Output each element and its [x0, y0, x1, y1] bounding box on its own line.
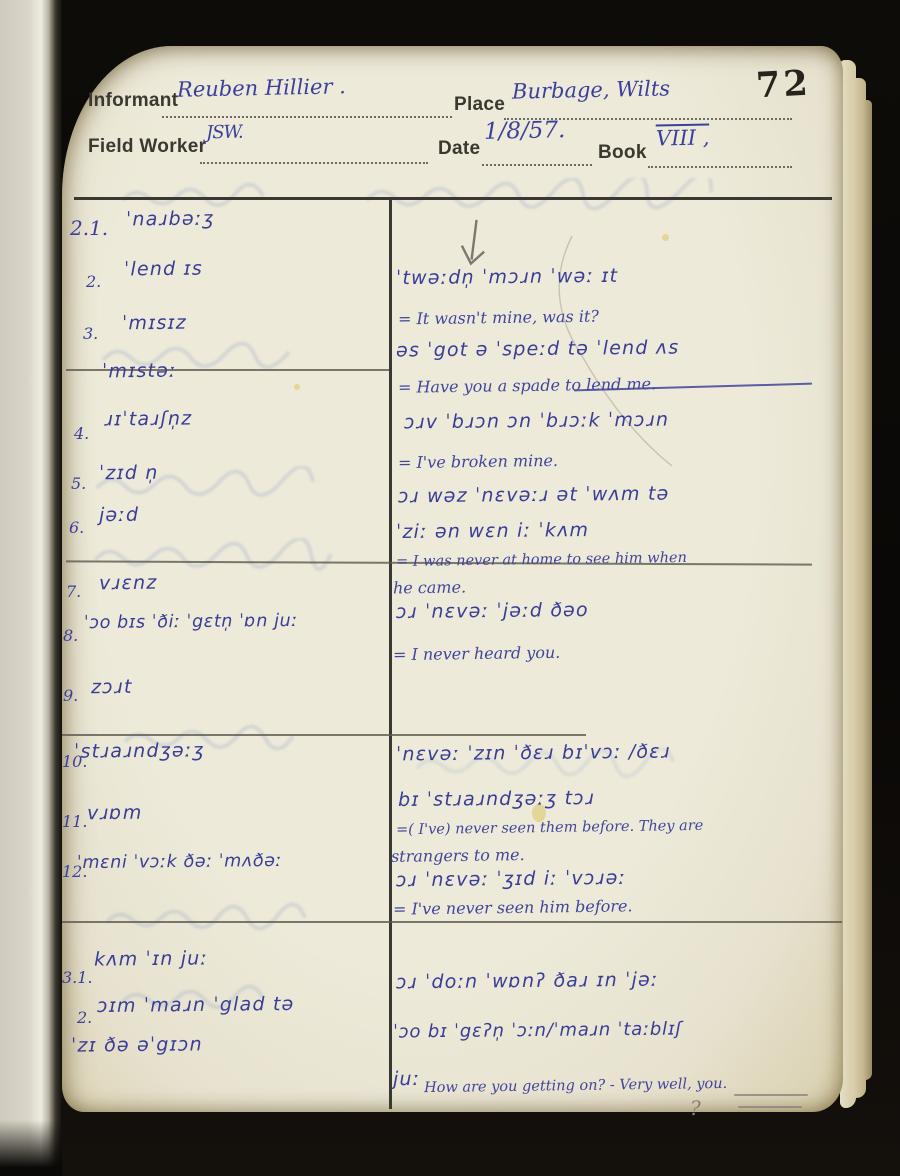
phonetic-text: ˈstɹaɹndʒəːʒ [74, 739, 205, 762]
notebook-page: Informant Reuben Hillier . Place Burbage… [62, 46, 843, 1112]
page-edge-stack [862, 100, 872, 1080]
item-number: 8. [63, 626, 78, 645]
book-value: VIII , [656, 125, 710, 150]
facing-page-fade [0, 1120, 62, 1176]
phonetic-text: kʌm ˈɪn juː [94, 947, 208, 970]
gloss-text: = I never heard you. [393, 643, 561, 664]
informant-rule-line [162, 116, 452, 118]
phonetic-text: ɹɪˈtaɹʃn̩z [104, 408, 193, 431]
phonetic-text: ɔɹv ˈbɹɔn ɔn ˈbɹɔːk ˈmɔɹn [404, 409, 669, 434]
date-rule-line [482, 164, 592, 166]
column-divider [389, 197, 392, 1109]
pencil-question-mark: ? [690, 1096, 701, 1120]
phonetic-text: bɪ ˈstɹaɹndʒəːʒ tɔɹ [398, 787, 595, 811]
phonetic-text: ˈnaɹbəːʒ [126, 208, 215, 231]
phonetic-text: əs ˈgot ə ˈspeːd tə ˈlend ʌs [396, 337, 680, 362]
item-number: 6. [69, 518, 84, 537]
phonetic-text: vɹɛnz [99, 572, 158, 595]
phonetic-text: zɔɹt [91, 676, 133, 698]
item-number: 4. [74, 424, 89, 443]
phonetic-text: juː [393, 1068, 421, 1090]
place-value: Burbage, Wilts [512, 76, 671, 103]
facing-page-edge [0, 0, 62, 1176]
book-label: Book [598, 142, 647, 164]
field-worker-rule-line [200, 162, 428, 164]
item-number: 2.1. [70, 216, 108, 240]
gloss-text: = I've never seen him before. [393, 896, 633, 918]
phonetic-text: ˈɔo bɪ ˈgɛʔn̩ ˈɔːn/ˈmaɹn ˈtaːblɪʃ [393, 1018, 682, 1042]
item-number: 2. [77, 1008, 92, 1027]
phonetic-text: ˈziː ən wɛn iː ˈkʌm [396, 519, 589, 543]
item-number: 9. [63, 686, 78, 705]
phonetic-text: ˈzɪd n̩ [99, 462, 159, 485]
phonetic-text: ˈtwəːdn̩ ˈmɔɹn ˈwəː ɪt [396, 265, 618, 289]
section-rule [62, 734, 586, 736]
gloss-text: = Have you a spade to lend me. [398, 374, 656, 397]
date-label: Date [438, 138, 480, 160]
scan-background: Informant Reuben Hillier . Place Burbage… [0, 0, 900, 1176]
informant-label: Informant [88, 90, 178, 112]
gloss-text: How are you getting on? - Very well, you… [424, 1076, 727, 1096]
phonetic-text: ˈmɪstəː [102, 360, 177, 383]
phonetic-text: ˈnɛvəː ˈzɪn ˈðɛɹ bɪˈvɔː /ðɛɹ [396, 741, 671, 766]
phonetic-text: ɔɹ ˈnɛvəː ˈʒɪd iː ˈvɔɹəː [396, 867, 626, 891]
item-number: 3.1. [62, 968, 93, 987]
gloss-text: = I was never at home to see him when [396, 550, 687, 570]
informant-value: Reuben Hillier . [177, 74, 346, 102]
table-top-rule [74, 197, 832, 200]
phonetic-text: jəːd [99, 504, 139, 526]
gloss-text: =( I've) never seen them before. They ar… [396, 818, 703, 838]
gloss-text: = It wasn't mine, was it? [398, 307, 599, 329]
gloss-text: he came. [393, 577, 466, 597]
phonetic-text: ˈlend ɪs [124, 258, 203, 281]
phonetic-text: ˈmɛni ˈvɔːk ðəː ˈmʌðəː [77, 851, 282, 873]
pencil-underline [734, 1094, 808, 1096]
phonetic-text: ˈzɪ ðə əˈgɪɔn [71, 1033, 203, 1056]
phonetic-text: ɔɹ ˈnɛvəː ˈjəːd ðəo [396, 599, 589, 623]
item-number: 7. [66, 582, 81, 601]
field-worker-label: Field Worker [88, 136, 206, 158]
gloss-text: = I've broken mine. [398, 451, 558, 472]
page-number: 72 [755, 63, 812, 107]
phonetic-text: vɹɒm [87, 802, 143, 825]
gloss-text: strangers to me. [391, 845, 525, 866]
place-label: Place [454, 94, 505, 116]
item-number: 3. [83, 324, 98, 343]
item-number: 5. [71, 474, 86, 493]
phonetic-text: ɔɪm ˈmaɹn ˈglad tə [97, 993, 295, 1017]
field-worker-value: JSW. [206, 122, 243, 144]
bleed-through-mark [102, 902, 332, 938]
date-value: 1/8/57. [484, 117, 566, 145]
book-rule-line [648, 166, 792, 168]
phonetic-text: ˈɔo bɪs ˈðiː ˈgɛtn̩ ˈɒn juː [84, 611, 298, 633]
section-rule [62, 921, 842, 923]
phonetic-text: ˈmɪsɪz [122, 312, 187, 335]
item-number: 2. [86, 272, 101, 291]
item-number: 11. [62, 812, 87, 831]
paper-stain [294, 384, 300, 390]
phonetic-text: ɔɹ ˈdoːn ˈwɒnʔ ðaɹ ɪn ˈjəː [396, 969, 659, 994]
phonetic-text: ɔɹ wəz ˈnɛvəːɹ ət ˈwʌm tə [398, 483, 670, 508]
pencil-underline [738, 1106, 802, 1108]
